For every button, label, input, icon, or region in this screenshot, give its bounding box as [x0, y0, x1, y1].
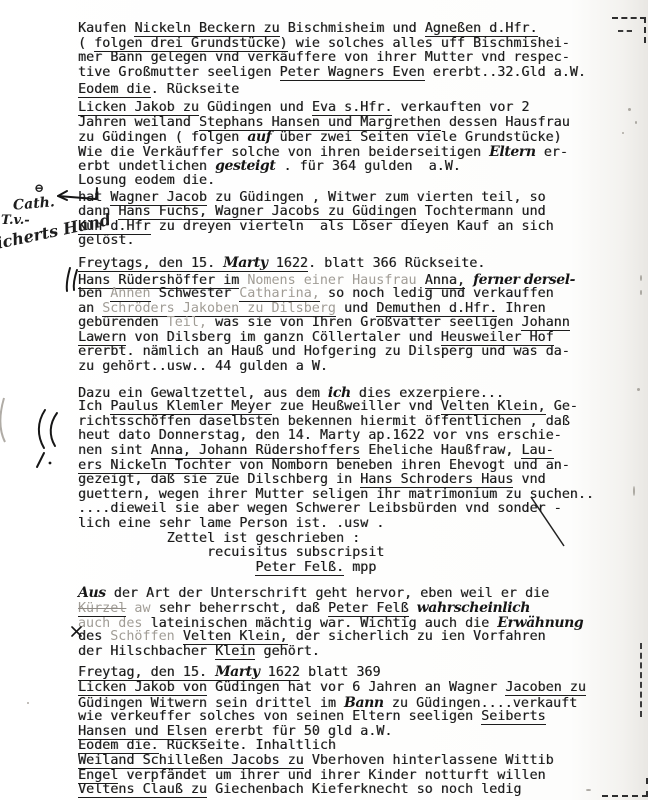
typed-line: Eodem die. Rückseite. Inhaltlich — [78, 739, 640, 754]
scan-speck — [640, 290, 642, 295]
typed-line: zu Güdingen ( folgen auf über zwei Seite… — [78, 130, 640, 145]
margin-note-cath: Cath. — [12, 194, 55, 214]
text-segment: Seiberts — [481, 709, 546, 725]
text-segment: Aus — [78, 585, 106, 601]
typed-line: Losung eodem die. — [78, 174, 640, 189]
text-segment: Schöffen — [110, 629, 175, 644]
text-segment: Licken Jakob zu — [78, 100, 199, 116]
text-segment: ich — [328, 385, 351, 401]
text-segment: Bischmisheim und — [280, 21, 425, 36]
text-segment — [175, 629, 183, 644]
typed-line: an Schröders Jakoben zu Dilsberg und Dem… — [78, 302, 640, 317]
typed-line: ( folgen drei Grundstücke) wie solches a… — [78, 37, 640, 52]
text-segment: 1622 — [260, 665, 300, 681]
text-segment — [78, 560, 255, 575]
text-segment: hat — [78, 190, 110, 205]
typed-line: recuisitus subscripsit — [78, 546, 640, 561]
double-paren-mark — [39, 410, 57, 448]
typed-line: Licken Jakob zu Güdingen und Eva s.Hfr. … — [78, 101, 640, 116]
text-segment: richtsschöffen daselbsten bekennen hierm… — [78, 414, 570, 429]
scan-speck — [27, 702, 29, 704]
text-segment: Erwähnung — [497, 615, 583, 631]
typed-line: Kaufen Nickeln Beckern zu Bischmisheim u… — [78, 22, 640, 37]
typed-line: mer Bann gelegen vnd verkäuffere von ihr… — [78, 51, 640, 66]
dot-mark — [49, 462, 52, 465]
typed-line: ben Annen Schwester Catharina, so noch l… — [78, 287, 640, 302]
text-segment: Eodem die. — [78, 738, 159, 754]
typed-line: Hansen und Elsen ererbt für 50 gld a.W. — [78, 725, 640, 740]
text-segment: Schröders Jakoben zu Dilsberg — [102, 301, 336, 317]
text-segment: Veltens Clauß zu — [78, 782, 207, 798]
text-segment: verpfändet um ihrer und ihrer Kinder not… — [118, 768, 545, 783]
text-segment: Zettel ist geschrieben : — [78, 531, 360, 546]
text-segment: zu Güdingen ( folgen — [78, 130, 247, 145]
text-segment: ererbt für 50 gld a.W. — [207, 724, 392, 739]
text-segment: Demuthen d.Hfr. — [376, 301, 497, 317]
text-segment: lich eine sehr lame Person ist. .usw . — [78, 516, 384, 531]
typed-line: dann Hans Fuchs, Wagner Jacobs zu Güding… — [78, 205, 640, 220]
text-segment: Marty — [215, 664, 260, 681]
typed-line: richtsschöffen daselbsten bekennen hierm… — [78, 415, 640, 430]
text-segment: . für 364 gulden a.W. — [275, 159, 460, 174]
text-segment: Tochtermann und — [417, 204, 546, 219]
typed-line: Licken Jakob von Güdingen hat vor 6 Jahr… — [78, 681, 640, 696]
text-segment: der sicherlich zu ien Vorfahren — [288, 629, 546, 644]
typed-line: heut dato Donnerstag, den 14. Marty ap.1… — [78, 429, 640, 444]
typed-line: Peter Felß. mpp — [78, 561, 640, 576]
scan-speck — [628, 108, 631, 111]
text-segment: Hansen und Elsen — [78, 724, 207, 740]
typed-line: gelöst. — [78, 234, 640, 249]
text-segment: Peter Wagners Even — [280, 65, 425, 81]
scan-speck — [586, 789, 591, 791]
text-segment: Velten Klein, — [183, 629, 288, 645]
typed-line: ers Nickeln Tochter von Nomborn beneben … — [78, 459, 640, 474]
text-segment: Marty — [223, 255, 268, 272]
text-segment: Wagner Jacob — [110, 190, 207, 206]
typed-line: Jahren weiland Stephans Hansen und Margr… — [78, 116, 640, 131]
scan-speck — [637, 388, 640, 391]
text-segment: zue Heußweiller vnd — [272, 399, 441, 414]
typed-line: gezeigt, daß sie zue Dilschberg in Hans … — [78, 473, 640, 488]
typed-line: Freytags, den 15. Marty 1622. blatt 366 … — [78, 256, 640, 271]
text-segment: verkauften vor 2 — [392, 100, 529, 115]
text-segment: ....dieweil sie aber wegen Schwerer Leib… — [78, 501, 562, 516]
text-segment: . blatt 366 Rückseite. — [308, 256, 485, 271]
text-segment: Rückseite. Inhaltlich — [159, 738, 336, 753]
text-segment: Vberhoven hinterlassene Wittib — [304, 753, 554, 768]
text-segment: Jahren weiland — [78, 115, 199, 130]
text-segment: Lawern — [78, 330, 126, 346]
text-segment: Wie die Verkäuffer solche von ihren beid… — [78, 145, 489, 160]
edge-dash-right — [640, 643, 642, 717]
blank-line — [78, 375, 640, 386]
text-segment — [409, 601, 417, 616]
text-segment: des — [78, 629, 110, 644]
text-segment: Freytag, den 15. — [78, 665, 215, 681]
text-segment: recuisitus subscripsit — [78, 545, 384, 560]
text-segment: so noch ledig und verkauffen — [320, 286, 554, 301]
text-segment: er- — [536, 145, 568, 160]
typed-line: wie verkeuffer solches von seinen Eltern… — [78, 710, 640, 725]
text-segment: Eva s.Hfr. — [312, 100, 393, 116]
text-segment: ( — [78, 36, 94, 51]
theta-margin-symbol: ⊖ — [34, 181, 44, 195]
text-segment: Güdingen und — [199, 100, 312, 115]
text-segment: Eheliche Haußfraw, — [360, 443, 521, 458]
text-segment: ererbt. nämlich an Hauß und Hofgering zu… — [78, 344, 570, 359]
text-segment: zu Güdingen , Witwer zum vierten teil, s… — [207, 190, 546, 205]
text-segment: mpp — [344, 560, 376, 575]
text-segment: gehört. — [255, 644, 320, 659]
text-segment: Anna, Johann Rüdershoffers — [151, 443, 361, 459]
text-segment: gelöst. — [78, 233, 134, 248]
text-segment: heut dato Donnerstag, den 14. Marty ap.1… — [78, 428, 562, 443]
text-segment: auf — [247, 129, 271, 145]
text-segment: zu dreyen vierteln als Löser dieyen Kauf… — [151, 219, 554, 234]
edge-arc-mark — [0, 398, 5, 442]
text-segment: und — [336, 301, 376, 316]
typed-line: Zettel ist geschrieben : — [78, 532, 640, 547]
text-segment: blatt 369 — [300, 665, 381, 680]
text-segment: nen sint — [78, 443, 151, 458]
text-segment: Losung eodem die. — [78, 173, 215, 188]
text-segment: ferner dersel- — [473, 272, 575, 288]
text-segment: Peter Felß — [328, 601, 409, 617]
typed-line: lich eine sehr lame Person ist. .usw . — [78, 517, 640, 532]
text-segment: Peter Felß. — [255, 560, 344, 576]
margin-note-tv: T.v.- — [1, 213, 30, 228]
text-segment: Ihren — [497, 301, 545, 316]
typed-line: Hans Rüdershöffer im Nomens einer Hausfr… — [78, 273, 640, 288]
text-segment: wie verkeuffer solches von seinen Eltern… — [78, 709, 481, 724]
typed-line: Lawern von Dilsberg im ganzn Cöllertaler… — [78, 331, 640, 346]
text-segment: Teil, — [167, 315, 207, 330]
text-segment: gebürenden — [78, 315, 167, 330]
scan-speck — [622, 132, 624, 134]
text-segment: von Dilsberg im ganzn Cöllertaler und — [126, 330, 440, 345]
text-segment: guettern, wegen ihrer Mutter seligen ihr… — [78, 487, 594, 502]
text-segment: der Hilschbacher — [78, 644, 215, 659]
typed-line: Kürzel aw sehr beherrscht, daß Peter Fel… — [78, 601, 640, 616]
typed-line: Freytag, den 15. Marty 1622 blatt 369 — [78, 665, 640, 680]
text-segment: Ge- — [546, 399, 578, 414]
text-segment: mer Bann gelegen vnd verkäuffere von ihr… — [78, 50, 570, 65]
text-segment: Kaufen — [78, 21, 134, 36]
text-segment: Hans Schroders Haus — [360, 472, 513, 488]
text-segment: aw — [126, 601, 158, 616]
text-segment: gezeigt, daß sie zue Dilschberg in — [78, 472, 360, 487]
text-segment: Annen — [110, 286, 150, 302]
typed-line: Engel verpfändet um ihrer und ihrer Kind… — [78, 769, 640, 784]
scan-speck — [640, 275, 642, 281]
text-segment: Catharina, — [239, 286, 320, 302]
typed-line: Weiland Schilleßen Jacobs zu Vberhoven h… — [78, 754, 640, 769]
typed-text: Kaufen Nickeln Beckern zu Bischmisheim u… — [78, 22, 640, 798]
text-segment: an — [78, 301, 102, 316]
typed-line: des Schöffen Velten Klein, der sicherlic… — [78, 630, 640, 645]
typed-line: guettern, wegen ihrer Mutter seligen ihr… — [78, 488, 640, 503]
text-segment: Agneßen d.Hfr. — [425, 21, 538, 37]
slash-dot-mark — [37, 453, 44, 467]
text-segment: Schwester — [151, 286, 240, 301]
text-segment: Ich — [78, 399, 110, 414]
text-segment: dessen Hausfrau — [441, 115, 570, 130]
text-segment: tive Großmutter seeligen — [78, 65, 280, 80]
text-segment: Freytags, den 15. — [78, 256, 223, 272]
corner-dash-bottom-right — [602, 778, 648, 797]
text-segment: Klein — [215, 644, 255, 660]
text-segment: was sie von Ihren Großvatter seeligen — [207, 315, 521, 330]
scan-speck — [633, 486, 635, 496]
typed-line: tive Großmutter seeligen Peter Wagners E… — [78, 66, 640, 81]
text-segment: wie solches alles uff Bischmishei- — [288, 36, 570, 51]
text-segment: Eltern — [489, 144, 536, 160]
typed-line: Kün d.Hfr zu dreyen vierteln als Löser d… — [78, 220, 640, 235]
text-segment: Jacoben zu — [505, 680, 586, 696]
typed-line: erbt undetlichen gesteigt . für 364 guld… — [78, 159, 640, 174]
typed-line: Aus der Art der Unterschrift geht hervor… — [78, 586, 640, 601]
scan-speck — [635, 121, 637, 124]
text-segment: gesteigt — [215, 158, 275, 174]
blank-line — [78, 575, 640, 586]
text-segment: Nickeln Beckern zu — [134, 21, 279, 37]
text-segment: Hans Fuchs, Wagner Jacobs zu Güdingen — [118, 204, 416, 220]
text-segment: von Nomborn beneben ihren Ehevogt und an… — [231, 458, 570, 473]
text-segment: folgen drei Grundstücke) — [94, 36, 287, 52]
typed-line: Wie die Verkäuffer solche von ihren beid… — [78, 145, 640, 160]
text-segment: Licken Jakob von — [78, 680, 207, 696]
text-segment: Bann — [344, 695, 384, 711]
typed-line: auch des lateinischen mächtig war. Wicht… — [78, 616, 640, 631]
corner-dash-top-right-inner — [618, 30, 632, 32]
text-segment: ers Nickeln Tochter — [78, 458, 231, 474]
text-segment: Giechenbach Kieferknecht so noch ledig — [207, 782, 521, 797]
typed-line: Dazu ein Gewaltzettel, aus dem ich dies … — [78, 386, 640, 401]
typed-line: gebürenden Teil, was sie von Ihren Großv… — [78, 316, 640, 331]
typed-line: Ich Paulus Klemler Meyer zue Heußweiller… — [78, 400, 640, 415]
typed-line: Veltens Clauß zu Giechenbach Kieferknech… — [78, 783, 640, 798]
text-segment: Velten Klein, — [441, 399, 546, 415]
text-segment: 1622 — [268, 256, 308, 272]
typed-line: ererbt. nämlich an Hauß und Hofgering zu… — [78, 345, 640, 360]
text-segment: sehr beherrscht, daß — [159, 601, 328, 616]
text-segment: Paulus Klemler Meyer — [110, 399, 271, 415]
typed-line: ....dieweil sie aber wegen Schwerer Leib… — [78, 502, 640, 517]
typed-line: Güdingen Witwern sein drittel im Bann zu… — [78, 696, 640, 711]
typed-line: Eodem die. Rückseite — [78, 83, 640, 98]
typed-line: zu gehört..usw.. 44 gulden a W. — [78, 360, 640, 375]
typed-line: der Hilschbacher Klein gehört. — [78, 645, 640, 660]
left-arrow-head — [58, 191, 67, 200]
text-segment: Eodem die — [78, 82, 151, 98]
text-segment: Weiland Schilleßen Jacobs zu — [78, 753, 304, 769]
text-segment: vnd — [513, 472, 545, 487]
text-segment: Stephans Hansen und Margrethen — [199, 115, 441, 131]
text-segment: ererbt..32.Gld a.W. — [425, 65, 586, 80]
typed-line: nen sint Anna, Johann Rüdershoffers Ehel… — [78, 444, 640, 459]
text-segment: Heusweiler Hof — [441, 330, 554, 346]
typed-line: hat Wagner Jacob zu Güdingen , Witwer zu… — [78, 191, 640, 206]
text-segment: ben — [78, 286, 110, 301]
text-segment: Kürzel — [78, 601, 126, 617]
text-segment: Johann — [521, 315, 569, 331]
text-segment: . Rückseite — [151, 82, 240, 97]
text-segment: Lau- — [521, 443, 553, 459]
text-segment: Güdingen hat vor 6 Jahren an Wagner — [207, 680, 505, 695]
double-slash-mark — [67, 268, 77, 291]
text-segment: wahrscheinlich — [417, 600, 530, 616]
text-segment: zu gehört..usw.. 44 gulden a W. — [78, 359, 328, 374]
scanned-document-page: Kaufen Nickeln Beckern zu Bischmisheim u… — [0, 0, 648, 800]
text-segment: Engel — [78, 768, 118, 784]
